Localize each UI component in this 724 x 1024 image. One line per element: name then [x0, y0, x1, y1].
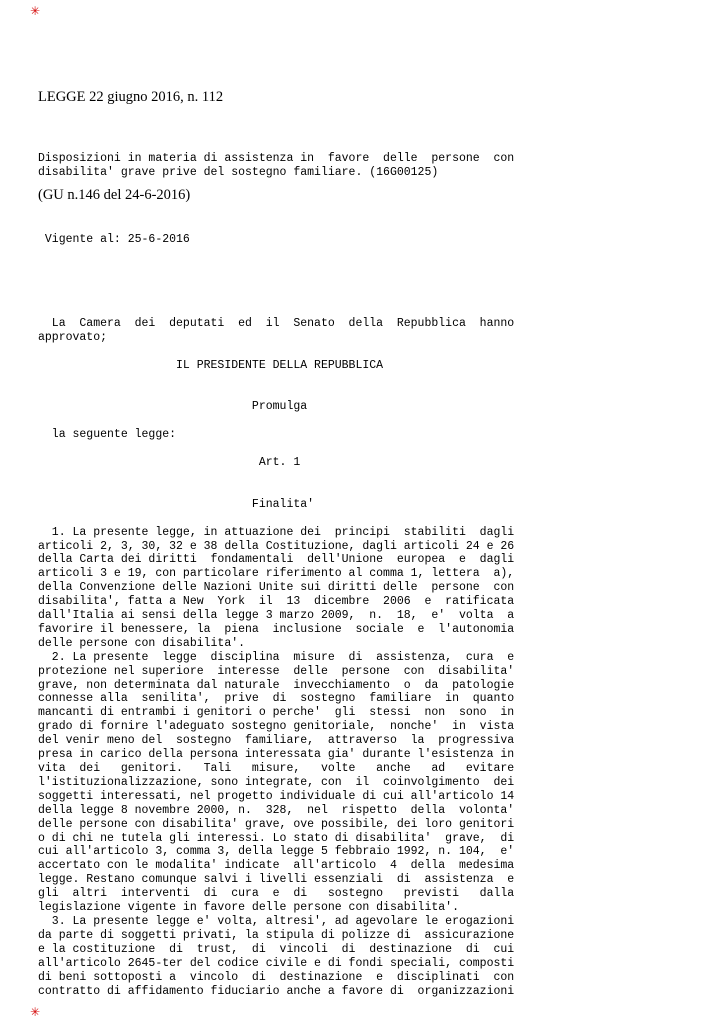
law-document-page: ✳ LEGGE 22 giugno 2016, n. 112 Disposizi…	[0, 0, 724, 1024]
red-asterisk-icon: ✳	[30, 4, 40, 18]
validity-note: Vigente al: 25-6-2016	[38, 233, 190, 247]
red-asterisk-icon: ✳	[30, 1005, 40, 1019]
gazette-reference: (GU n.146 del 24-6-2016)	[38, 187, 190, 204]
law-body-text: La Camera dei deputati ed il Senato dell…	[38, 317, 514, 998]
law-subject: Disposizioni in materia di assistenza in…	[38, 152, 514, 180]
law-title: LEGGE 22 giugno 2016, n. 112	[38, 89, 223, 106]
